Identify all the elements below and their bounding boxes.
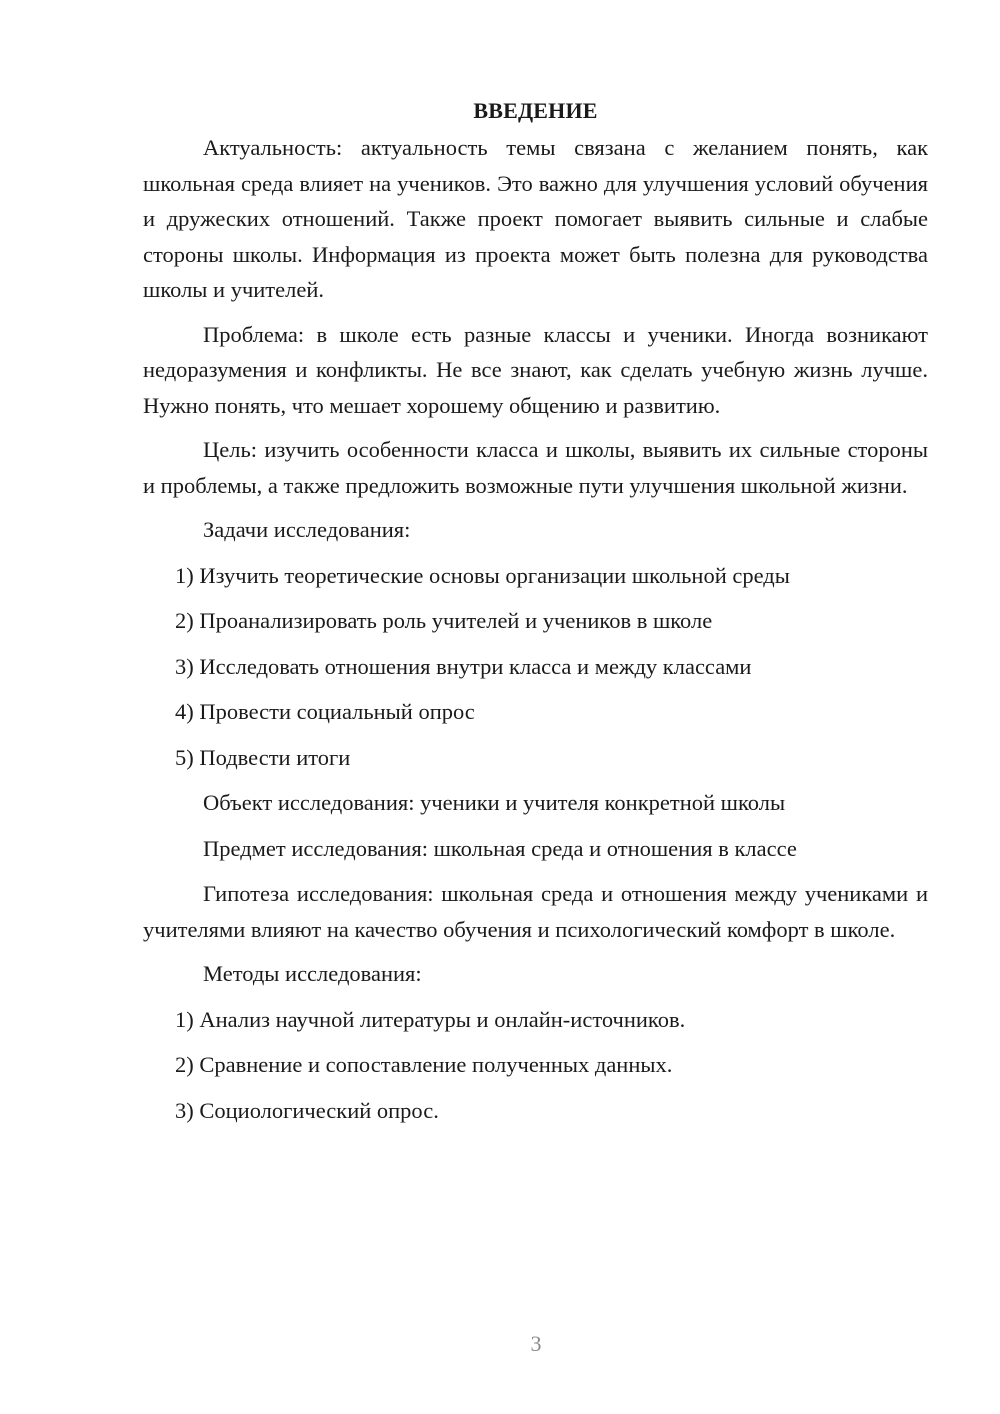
list-item: 2) Проанализировать роль учителей и учен…	[143, 603, 928, 639]
section-title: ВВЕДЕНИЕ	[143, 96, 928, 126]
list-item: 1) Изучить теоретические основы организа…	[143, 558, 928, 594]
object-statement: Объект исследования: ученики и учителя к…	[143, 785, 928, 821]
list-item: 2) Сравнение и сопоставление полученных …	[143, 1047, 928, 1083]
list-item: 3) Социологический опрос.	[143, 1093, 928, 1129]
list-item: 3) Исследовать отношения внутри класса и…	[143, 649, 928, 685]
subject-statement: Предмет исследования: школьная среда и о…	[143, 831, 928, 867]
list-item: 4) Провести социальный опрос	[143, 694, 928, 730]
hypothesis-paragraph: Гипотеза исследования: школьная среда и …	[143, 876, 928, 947]
page-number: 3	[0, 1331, 1000, 1357]
tasks-heading: Задачи исследования:	[143, 512, 928, 548]
list-item: 5) Подвести итоги	[143, 740, 928, 776]
problem-paragraph: Проблема: в школе есть разные классы и у…	[143, 317, 928, 424]
goal-paragraph: Цель: изучить особенности класса и школы…	[143, 432, 928, 503]
methods-list: 1) Анализ научной литературы и онлайн-ис…	[143, 1002, 928, 1129]
list-item: 1) Анализ научной литературы и онлайн-ис…	[143, 1002, 928, 1038]
document-page: ВВЕДЕНИЕ Актуальность: актуальность темы…	[143, 96, 928, 1138]
relevance-paragraph: Актуальность: актуальность темы связана …	[143, 130, 928, 308]
methods-heading: Методы исследования:	[143, 956, 928, 992]
tasks-list: 1) Изучить теоретические основы организа…	[143, 558, 928, 776]
